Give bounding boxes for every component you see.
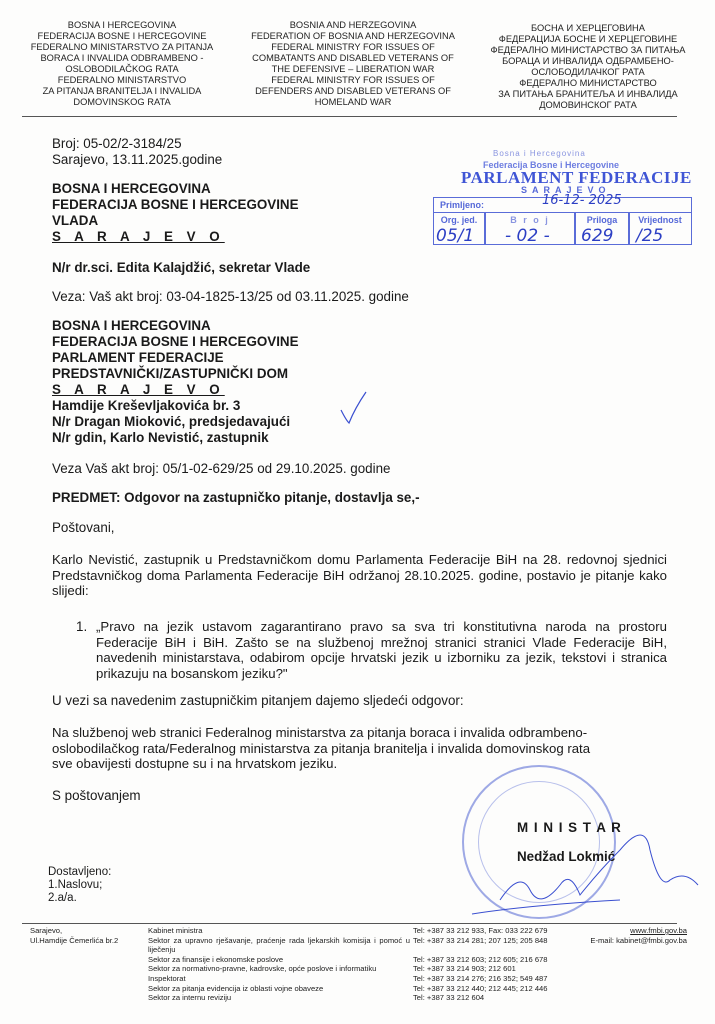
grid-line [484, 213, 486, 244]
department-tel: Tel: +387 33 212 604 [413, 993, 547, 1003]
department-name: Sektor za upravno rješavanje, praćenje r… [148, 936, 410, 955]
recipient2-address: Hamdije Kreševljakovića br. 3 [52, 398, 240, 414]
recipient2-attn1: N/r Dragan Mioković, predsjedavajući [52, 414, 290, 430]
question-number: 1. [76, 619, 87, 635]
intro-paragraph: Karlo Nevistić, zastupnik u Predstavničk… [52, 552, 667, 599]
header-english: BOSNIA AND HERZEGOVINA FEDERATION OF BOS… [238, 20, 468, 108]
greeting: Poštovani, [52, 520, 115, 536]
header-line: БОРАЦА И ИНВАЛИДА ОДБРАМБЕНО- [478, 56, 698, 67]
answer-intro: U vezi sa navedenim zastupničkim pitanje… [52, 693, 464, 709]
department-tel: Tel: +387 33 212 603; 212 605; 216 678 [413, 955, 547, 965]
recipient2-attn2: N/r gdin, Karlo Nevistić, zastupnik [52, 430, 269, 446]
header-line: BORACA I INVALIDA ODBRAMBENO - [22, 53, 222, 64]
header-line: FEDERAL MINISTRY FOR ISSUES OF [238, 42, 468, 53]
signature-scribble-icon [470, 810, 700, 920]
website-link[interactable]: www.fmbi.gov.ba [590, 926, 687, 936]
department-tel: Tel: +387 33 214 903; 212 601 [413, 964, 547, 974]
header-line: ФЕДЕРАЦИЈА БОСНЕ И ХЕРЦЕГОВИНЕ [478, 34, 698, 45]
distribution-item: 2.a/a. [48, 892, 77, 905]
header-line: COMBATANTS AND DISABLED VETERANS OF [238, 53, 468, 64]
stamp-received-row: Primljeno: 16-12- 2025 [434, 198, 691, 213]
department-tel: Tel: +387 33 214 276; 216 352; 549 487 [413, 974, 547, 984]
checkmark-icon [338, 390, 368, 425]
recipient1-line: VLADA [52, 213, 98, 229]
header-line: HOMELAND WAR [238, 97, 468, 108]
recipient2-city: S A R A J E V O [52, 382, 225, 398]
distribution-item: 1.Naslovu; [48, 879, 102, 892]
subject: PREDMET: Odgovor na zastupničko pitanje,… [52, 490, 420, 506]
header-line: FEDERALNO MINISTARSTVO [22, 75, 222, 86]
col-vrijednost: Vrijednost [630, 213, 690, 227]
recipient1-attn: N/r dr.sci. Edita Kalajdžić, sekretar Vl… [52, 260, 310, 276]
col-priloga: Priloga [576, 213, 628, 227]
recipient1-city: S A R A J E V O [52, 229, 225, 245]
recipient1-veza: Veza: Vaš akt broj: 03-04-1825-13/25 od … [52, 289, 409, 305]
recipient2-line: FEDERACIJA BOSNE I HERCEGOVINE [52, 334, 299, 350]
recipient2-veza: Veza Vaš akt broj: 05/1-02-629/25 od 29.… [52, 461, 391, 477]
closing: S poštovanjem [52, 788, 141, 804]
col-org: Org. jed. [434, 213, 484, 227]
header-divider [22, 116, 677, 117]
recipient2-line: PARLAMENT FEDERACIJE [52, 350, 224, 366]
grid-line [574, 213, 576, 244]
footer-address: Sarajevo, Ul.Hamdije Čemerlića br.2 [30, 926, 118, 945]
footer-departments: Kabinet ministra Sektor za upravno rješa… [148, 926, 410, 1003]
header-line: FEDERATION OF BOSNIA AND HERZEGOVINA [238, 31, 468, 42]
header-line: THE DEFENSIVE – LIBERATION WAR [238, 64, 468, 75]
header-line: ЗА ПИТАЊА БРАНИТЕЉА И ИНВАЛИДА [478, 89, 698, 100]
department-name: Sektor za internu reviziju [148, 993, 410, 1003]
distribution-label: Dostavljeno: [48, 866, 111, 879]
header-bosnian: BOSNA I HERCEGOVINA FEDERACIJA BOSNE I H… [22, 20, 222, 108]
header-line: ZA PITANJA BRANITELJA I INVALIDA [22, 86, 222, 97]
header-line: FEDERAL MINISTRY FOR ISSUES OF [238, 75, 468, 86]
header-cyrillic: БОСНА И ХЕРЦЕГОВИНА ФЕДЕРАЦИЈА БОСНЕ И Х… [478, 23, 698, 111]
received-date: 16-12- 2025 [542, 193, 622, 208]
footer-phones: Tel: +387 33 212 933, Fax: 033 222 679 T… [413, 926, 547, 1003]
header-line: ОСЛОБОДИЛАЧКОГ РАТА [478, 67, 698, 78]
header-line: DOMOVINSKOG RATA [22, 97, 222, 108]
department-name: Kabinet ministra [148, 926, 410, 936]
header-line: FEDERACIJA BOSNE I HERCEGOVINE [22, 31, 222, 42]
header-line: OSLOBODILAČKOG RATA [22, 64, 222, 75]
stamp-priloga-value: 629 [581, 226, 613, 246]
department-tel: Tel: +387 33 212 933, Fax: 033 222 679 [413, 926, 547, 936]
department-name: Sektor za normativno-pravne, kadrovske, … [148, 964, 410, 974]
header-line: BOSNIA AND HERZEGOVINA [238, 20, 468, 31]
stamp-broj-value: - 02 - [505, 226, 550, 246]
department-name: Sektor za pitanja evidencija iz oblasti … [148, 984, 410, 994]
stamp-line: Bosna i Hercegovina [493, 149, 586, 158]
address-line: Sarajevo, [30, 926, 118, 936]
recipient2-line: BOSNA I HERCEGOVINA [52, 318, 211, 334]
grid-line [628, 213, 630, 244]
received-label: Primljeno: [440, 198, 484, 212]
header-line: DEFENDERS AND DISABLED VETERANS OF [238, 86, 468, 97]
receipt-stamp: Bosna i Hercegovina Federacija Bosne i H… [433, 148, 708, 243]
recipient1-line: FEDERACIJA BOSNE I HERCEGOVINE [52, 197, 299, 213]
address-line: Ul.Hamdije Čemerlića br.2 [30, 936, 118, 946]
reference-place-date: Sarajevo, 13.11.2025.godine [52, 152, 222, 168]
email-link[interactable]: E-mail: kabinet@fmbi.gov.ba [590, 936, 687, 946]
recipient1-line: BOSNA I HERCEGOVINA [52, 181, 211, 197]
footer-divider [22, 923, 677, 924]
reference-number: Broj: 05-02/2-3184/25 [52, 136, 182, 152]
footer-contact: www.fmbi.gov.ba E-mail: kabinet@fmbi.gov… [590, 926, 687, 945]
recipient2-line: PREDSTAVNIČKI/ZASTUPNIČKI DOM [52, 366, 288, 382]
department-name: Sektor za finansije i ekonomske poslove [148, 955, 410, 965]
department-name: Inspektorat [148, 974, 410, 984]
header-line: BOSNA I HERCEGOVINA [22, 20, 222, 31]
header-line: FEDERALNO MINISTARSTVO ZA PITANJA [22, 42, 222, 53]
department-tel: Tel: +387 33 212 440; 212 445; 212 446 [413, 984, 547, 994]
header-line: БОСНА И ХЕРЦЕГОВИНА [478, 23, 698, 34]
stamp-vrijednost-value: /25 [636, 226, 663, 246]
header-line: ФЕДЕРАЛНО МИНИСТАРСТВО ЗА ПИТАЊА [478, 45, 698, 56]
stamp-org-value: 05/1 [436, 226, 474, 246]
stamp-header-row: Org. jed. B r o j Priloga Vrijednost [434, 213, 691, 227]
question-text: „Pravo na jezik ustavom zagarantirano pr… [96, 619, 667, 681]
header-line: ФЕДЕРАЛНО МИНИСТАРСТВО [478, 78, 698, 89]
department-tel: Tel: +387 33 214 281; 207 125; 205 848 [413, 936, 547, 946]
header-line: ДОМОВИНСКОГ РАТА [478, 100, 698, 111]
col-broj: B r o j [486, 213, 574, 227]
